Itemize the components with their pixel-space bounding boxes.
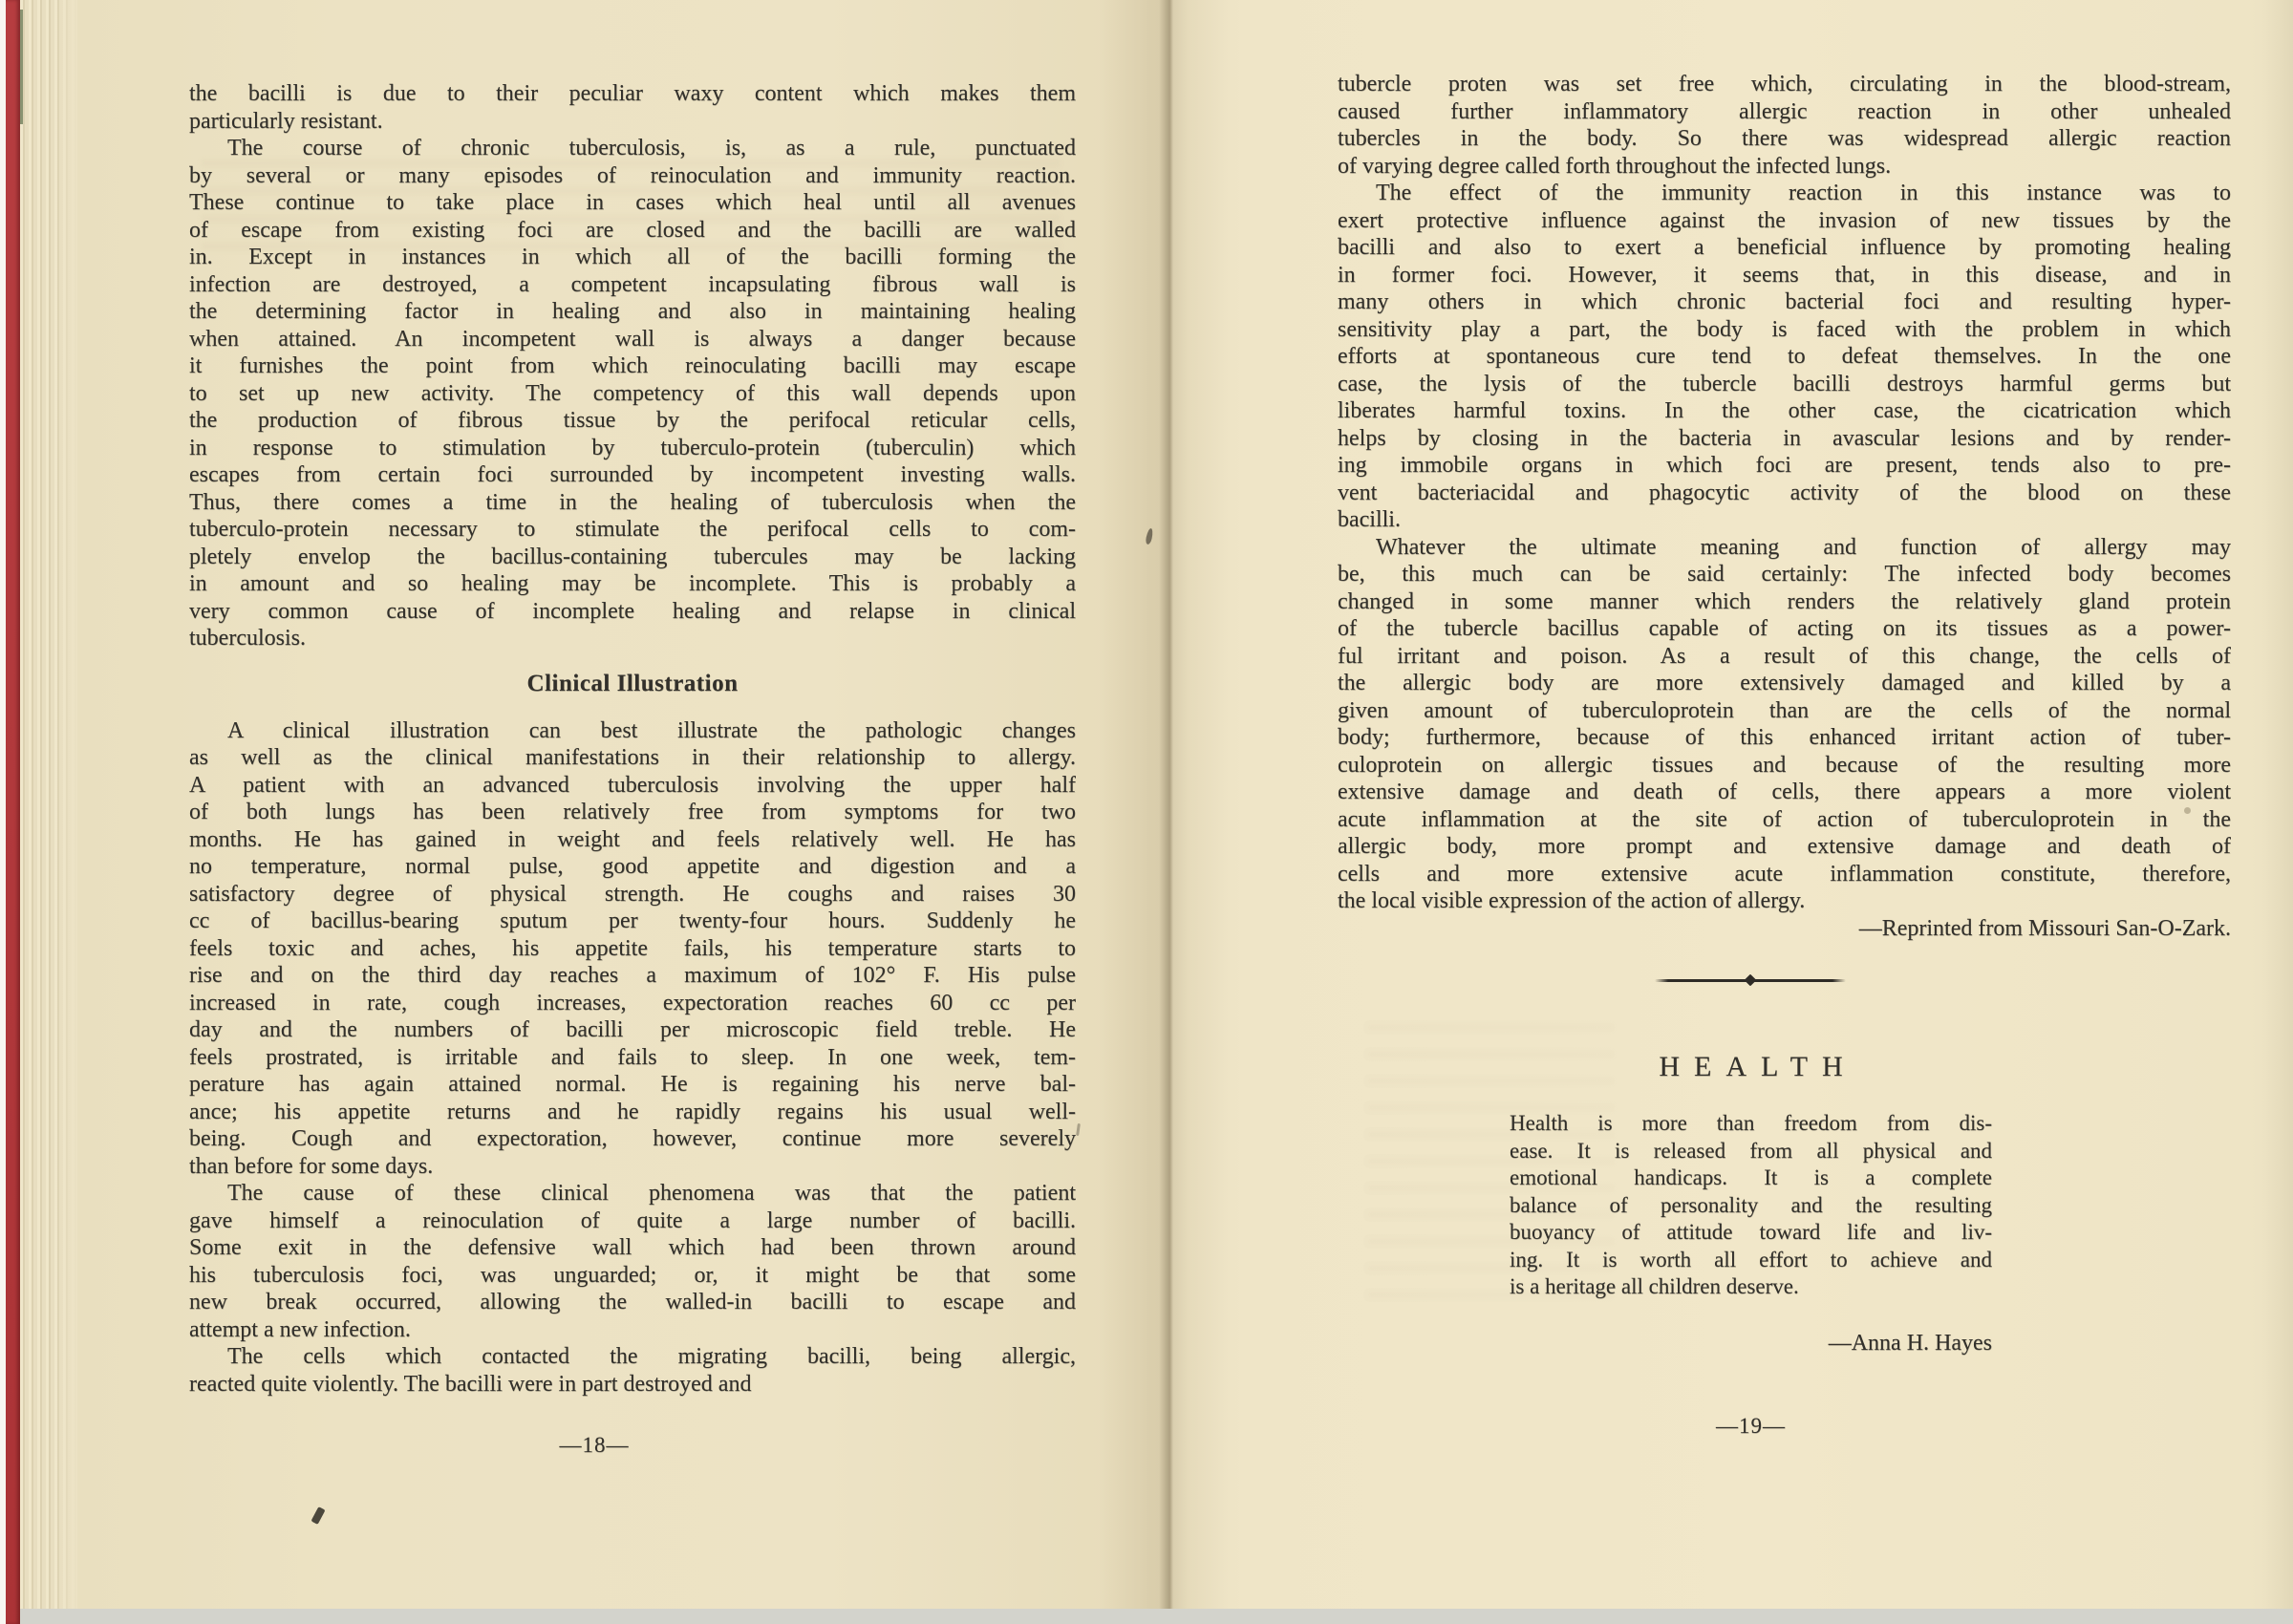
text-line: the determining factor in healing and al…: [189, 298, 1076, 326]
health-heading: HEALTH: [1510, 1049, 1992, 1085]
text-line: ance; his appetite returns and he rapidl…: [189, 1099, 1076, 1126]
text-line: being. Cough and expectoration, however,…: [189, 1125, 1076, 1153]
book-cover-red-edge: [6, 0, 20, 1624]
text-line: very common cause of incomplete healing …: [189, 598, 1076, 626]
text-line: escapes from certain foci surrounded by …: [189, 461, 1076, 489]
text-line: feels toxic and aches, his appetite fail…: [189, 935, 1076, 963]
left-page: the bacilli is due to their peculiar wax…: [189, 80, 1076, 1571]
text-line: cells and more extensive acute inflammat…: [1338, 861, 2231, 888]
text-line: ing immobile organs in which foci are pr…: [1338, 452, 2231, 480]
text-line: bacilli and also to exert a beneficial i…: [1338, 234, 2231, 262]
text-line: in response to stimulation by tuberculo-…: [189, 435, 1076, 462]
text-line: the local visible expression of the acti…: [1338, 887, 2231, 915]
text-line: of both lungs has been relatively free f…: [189, 799, 1076, 826]
text-line: The course of chronic tuberculosis, is, …: [189, 135, 1076, 162]
text-line: allergic body, more prompt and extensive…: [1338, 833, 2231, 861]
text-line: particularly resistant.: [189, 108, 1076, 136]
text-line: given amount of tuberculoprotein than ar…: [1338, 697, 2231, 725]
stacked-page-edges: [20, 0, 77, 1609]
text-line: liberates harmful toxins. In the other c…: [1338, 397, 2231, 425]
text-line: new break occurred, allowing the walled-…: [189, 1289, 1076, 1316]
text-line: in amount and so healing may be incomple…: [189, 570, 1076, 598]
text-line: buoyancy of attitude toward life and liv…: [1510, 1219, 1992, 1247]
cover-liner-edge: [20, 10, 23, 124]
scan-left-margin: [0, 0, 6, 1624]
paragraph: tubercle proten was set free which, circ…: [1338, 71, 2231, 180]
health-quote: Health is more than freedom from dis-eas…: [1510, 1110, 1992, 1301]
text-line: The cause of these clinical phenomena wa…: [189, 1180, 1076, 1207]
text-line: acute inflammation at the site of action…: [1338, 806, 2231, 834]
text-line: than before for some days.: [189, 1153, 1076, 1181]
text-line: The effect of the immunity reaction in t…: [1338, 180, 2231, 207]
text-line: bacilli.: [1338, 506, 2231, 534]
text-line: A clinical illustration can best illustr…: [189, 717, 1076, 745]
text-line: Thus, there comes a time in the healing …: [189, 489, 1076, 517]
text-line: it furnishes the point from which reinoc…: [189, 353, 1076, 380]
text-line: the allergic body are more extensively d…: [1338, 670, 2231, 697]
right-page-curvature-shadow: [2264, 0, 2293, 1609]
text-line: Health is more than freedom from dis-: [1510, 1110, 1992, 1138]
text-line: feels prostrated, is irritable and fails…: [189, 1044, 1076, 1072]
text-line: tubercle proten was set free which, circ…: [1338, 71, 2231, 98]
paragraph-group-bottom: A clinical illustration can best illustr…: [189, 717, 1076, 1399]
text-line: in. Except in instances in which all of …: [189, 244, 1076, 271]
section-heading: Clinical Illustration: [189, 668, 1076, 700]
paragraph: Whatever the ultimate meaning and functi…: [1338, 534, 2231, 915]
text-line: efforts at spontaneous cure tend to defe…: [1338, 343, 2231, 371]
divider-ornament: [1655, 976, 1846, 985]
paragraph: The course of chronic tuberculosis, is, …: [189, 135, 1076, 652]
text-line: the production of fibrous tissue by the …: [189, 407, 1076, 435]
text-line: satisfactory degree of physical strength…: [189, 881, 1076, 908]
text-line: is a heritage all children deserve.: [1510, 1273, 1992, 1301]
text-line: extensive damage and death of cells, the…: [1338, 779, 2231, 806]
ink-speck: [2184, 807, 2191, 814]
text-line: cc of bacillus-bearing sputum per twenty…: [189, 908, 1076, 935]
text-line: tubercles in the body. So there was wide…: [1338, 125, 2231, 153]
text-line: infection are destroyed, a competent inc…: [189, 271, 1076, 299]
text-line: culoprotein on allergic tissues and beca…: [1338, 752, 2231, 780]
text-line: sensitivity play a part, the body is fac…: [1338, 316, 2231, 344]
text-line: body; furthermore, because of this enhan…: [1338, 724, 2231, 752]
text-line: ful irritant and poison. As a result of …: [1338, 643, 2231, 671]
text-line: tuberculosis.: [189, 625, 1076, 652]
reprint-attribution: —Reprinted from Missouri San-O-Zark.: [1338, 915, 2231, 943]
text-line: vent bacteriacidal and phagocytic activi…: [1338, 480, 2231, 507]
paragraph-group: tubercle proten was set free which, circ…: [1338, 71, 2231, 915]
page-number-left: —18—: [151, 1433, 1038, 1458]
paragraph: A clinical illustration can best illustr…: [189, 717, 1076, 1181]
text-line: These continue to take place in cases wh…: [189, 189, 1076, 217]
text-line: of the tubercle bacillus capable of acti…: [1338, 615, 2231, 643]
text-line: changed in some manner which renders the…: [1338, 588, 2231, 616]
text-line: helps by closing in the bacteria in avas…: [1338, 425, 2231, 453]
text-line: many others in which chronic bacterial f…: [1338, 288, 2231, 316]
text-line: when attained. An incompetent wall is al…: [189, 326, 1076, 353]
text-line: be, this much can be said certainly: The…: [1338, 561, 2231, 588]
text-line: Whatever the ultimate meaning and functi…: [1338, 534, 2231, 562]
text-line: emotional handicaps. It is a complete: [1510, 1165, 1992, 1192]
paragraph: The effect of the immunity reaction in t…: [1338, 180, 2231, 534]
text-line: no temperature, normal pulse, good appet…: [189, 853, 1076, 881]
text-line: increased in rate, cough increases, expe…: [189, 990, 1076, 1017]
scan-bottom-edge: [0, 1609, 2293, 1624]
divider-diamond-icon: [1745, 974, 1757, 987]
text-line: of varying degree called forth throughou…: [1338, 153, 2231, 181]
paragraph: The cause of these clinical phenomena wa…: [189, 1180, 1076, 1343]
text-line: A patient with an advanced tuberculosis …: [189, 772, 1076, 800]
text-line: day and the numbers of bacilli per micro…: [189, 1016, 1076, 1044]
text-line: ing. It is worth all effort to achieve a…: [1510, 1247, 1992, 1274]
text-line: months. He has gained in weight and feel…: [189, 826, 1076, 854]
text-line: pletely envelop the bacillus-containing …: [189, 544, 1076, 571]
text-line: tuberculo-protein necessary to stimulate…: [189, 516, 1076, 544]
text-line: rise and on the third day reaches a maxi…: [189, 962, 1076, 990]
text-line: Some exit in the defensive wall which ha…: [189, 1234, 1076, 1262]
quote-attribution: —Anna H. Hayes: [1510, 1330, 1992, 1357]
text-line: the bacilli is due to their peculiar wax…: [189, 80, 1076, 108]
text-line: by several or many episodes of reinocula…: [189, 162, 1076, 190]
paragraph: The cells which contacted the migrating …: [189, 1343, 1076, 1398]
right-page: tubercle proten was set free which, circ…: [1338, 71, 2231, 1571]
text-line: in former foci. However, it seems that, …: [1338, 262, 2231, 289]
text-line: case, the lysis of the tubercle bacilli …: [1338, 371, 2231, 398]
text-line: gave himself a reinoculation of quite a …: [189, 1207, 1076, 1235]
text-line: reacted quite violently. The bacilli wer…: [189, 1371, 1076, 1399]
text-line: as well as the clinical manifestations i…: [189, 744, 1076, 772]
text-line: caused further inflammatory allergic rea…: [1338, 98, 2231, 126]
text-line: balance of personality and the resulting: [1510, 1192, 1992, 1220]
text-line: The cells which contacted the migrating …: [189, 1343, 1076, 1371]
text-line: attempt a new infection.: [189, 1316, 1076, 1344]
book-gutter-crease: [1099, 0, 1242, 1609]
text-line: ease. It is released from all physical a…: [1510, 1138, 1992, 1165]
text-line: perature has again attained normal. He i…: [189, 1071, 1076, 1099]
paragraph-group-top: the bacilli is due to their peculiar wax…: [189, 80, 1076, 652]
page-number-right: —19—: [1510, 1414, 1992, 1439]
paragraph: the bacilli is due to their peculiar wax…: [189, 80, 1076, 135]
text-line: his tuberculosis foci, was unguarded; or…: [189, 1262, 1076, 1290]
book-scan: the bacilli is due to their peculiar wax…: [0, 0, 2293, 1624]
text-line: to set up new activity. The competency o…: [189, 380, 1076, 408]
text-line: of escape from existing foci are closed …: [189, 217, 1076, 245]
text-line: exert protective influence against the i…: [1338, 207, 2231, 235]
